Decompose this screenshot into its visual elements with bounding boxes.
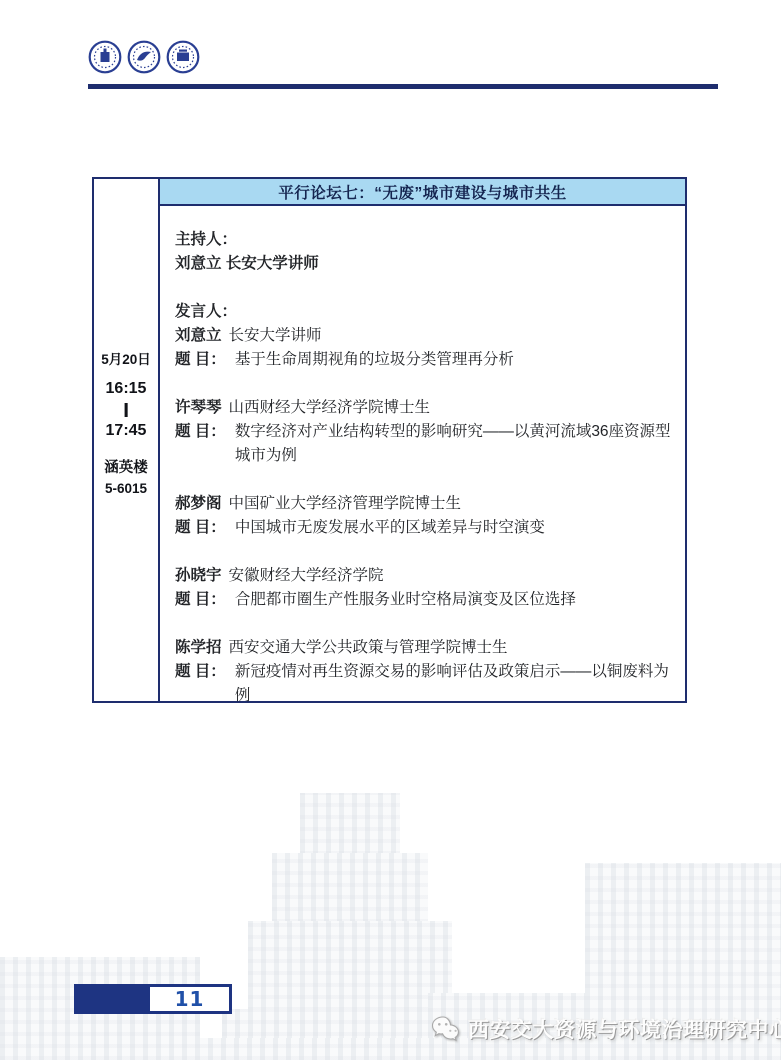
- speaker-affiliation: 中国矿业大学经济管理学院博士生: [229, 495, 462, 512]
- building-watermark-spire: [300, 793, 400, 855]
- speaker-name: 郝梦阁: [175, 495, 222, 512]
- topic-text: 新冠疫情对再生资源交易的影响评估及政策启示——以铜废料为例: [235, 660, 675, 708]
- schedule-cell: 5月20日 16:15 | 17:45 涵英楼 5-6015: [94, 179, 160, 701]
- topic-label: 题 目：: [175, 660, 226, 708]
- speaker-entry: 孙晓宇安徽财经大学经济学院 题 目： 合肥都市圈生产性服务业时空格局演变及区位选…: [175, 564, 675, 612]
- speaker-entry: 陈学招西安交通大学公共政策与管理学院博士生 题 目： 新冠疫情对再生资源交易的影…: [175, 636, 675, 708]
- university-seal-icon-3: [166, 40, 200, 74]
- speaker-name: 许琴琴: [175, 399, 222, 416]
- speaker-entry: 郝梦阁中国矿业大学经济管理学院博士生 题 目： 中国城市无废发展水平的区域差异与…: [175, 492, 675, 540]
- speaker-line: 刘意立长安大学讲师: [175, 324, 675, 348]
- speaker-entry: 许琴琴山西财经大学经济学院博士生 题 目： 数字经济对产业结构转型的影响研究——…: [175, 396, 675, 468]
- speaker-entry: 发言人： 刘意立长安大学讲师 题 目： 基于生命周期视角的垃圾分类管理再分析: [175, 300, 675, 372]
- schedule-end-time: 17:45: [106, 422, 147, 440]
- forum-title: 平行论坛七：“无废”城市建设与城市共生: [160, 179, 685, 206]
- program-page: 5月20日 16:15 | 17:45 涵英楼 5-6015 平行论坛七：“无废…: [0, 0, 781, 1060]
- topic-label: 题 目：: [175, 588, 226, 612]
- forum-schedule-table: 5月20日 16:15 | 17:45 涵英楼 5-6015 平行论坛七：“无废…: [92, 177, 687, 703]
- header-logos: [88, 40, 200, 74]
- topic-line: 题 目： 中国城市无废发展水平的区域差异与时空演变: [175, 516, 675, 540]
- topic-line: 题 目： 合肥都市圈生产性服务业时空格局演变及区位选择: [175, 588, 675, 612]
- header-divider-rule: [88, 84, 718, 89]
- speaker-affiliation: 西安交通大学公共政策与管理学院博士生: [229, 639, 508, 656]
- topic-label: 题 目：: [175, 420, 226, 468]
- speakers-label: 发言人：: [175, 300, 675, 324]
- topic-line: 题 目： 基于生命周期视角的垃圾分类管理再分析: [175, 348, 675, 372]
- topic-label: 题 目：: [175, 348, 226, 372]
- forum-content-column: 平行论坛七：“无废”城市建设与城市共生 主持人： 刘意立 长安大学讲师 发言人：…: [160, 179, 685, 701]
- speaker-name: 刘意立: [175, 327, 222, 344]
- speaker-line: 孙晓宇安徽财经大学经济学院: [175, 564, 675, 588]
- page-number-box: 11: [147, 984, 232, 1014]
- page-number: 11: [175, 987, 205, 1011]
- topic-label: 题 目：: [175, 516, 226, 540]
- topic-text: 中国城市无废发展水平的区域差异与时空演变: [235, 516, 675, 540]
- moderator-label: 主持人：: [175, 228, 675, 252]
- page-number-bar: 11: [74, 984, 232, 1014]
- moderator-block: 主持人： 刘意立 长安大学讲师: [175, 228, 675, 276]
- building-watermark-mid: [248, 921, 452, 1011]
- topic-text: 合肥都市圈生产性服务业时空格局演变及区位选择: [235, 588, 675, 612]
- forum-body: 主持人： 刘意立 长安大学讲师 发言人： 刘意立长安大学讲师 题 目： 基于生命…: [160, 206, 685, 732]
- schedule-building: 涵英楼: [104, 456, 148, 477]
- speaker-name: 陈学招: [175, 639, 222, 656]
- footer-watermark-text: 西安交大资源与环境治理研究中心: [468, 1014, 781, 1044]
- speaker-affiliation: 安徽财经大学经济学院: [229, 567, 384, 584]
- topic-text: 数字经济对产业结构转型的影响研究——以黄河流域36座资源型城市为例: [235, 420, 675, 468]
- moderator-name: 刘意立 长安大学讲师: [175, 252, 675, 276]
- speaker-affiliation: 山西财经大学经济学院博士生: [229, 399, 431, 416]
- topic-text: 基于生命周期视角的垃圾分类管理再分析: [235, 348, 675, 372]
- speaker-line: 陈学招西安交通大学公共政策与管理学院博士生: [175, 636, 675, 660]
- speaker-name: 孙晓宇: [175, 567, 222, 584]
- topic-line: 题 目： 新冠疫情对再生资源交易的影响评估及政策启示——以铜废料为例: [175, 660, 675, 708]
- wechat-icon: [430, 1015, 462, 1043]
- speaker-line: 许琴琴山西财经大学经济学院博士生: [175, 396, 675, 420]
- schedule-date: 5月20日: [101, 348, 151, 368]
- university-seal-icon-2: [127, 40, 161, 74]
- topic-line: 题 目： 数字经济对产业结构转型的影响研究——以黄河流域36座资源型城市为例: [175, 420, 675, 468]
- footer-watermark: 西安交大资源与环境治理研究中心: [430, 1014, 781, 1044]
- schedule-start-time: 16:15: [106, 380, 147, 398]
- schedule-room: 5-6015: [105, 481, 147, 496]
- building-watermark-upper: [272, 853, 428, 923]
- university-seal-icon-1: [88, 40, 122, 74]
- speaker-line: 郝梦阁中国矿业大学经济管理学院博士生: [175, 492, 675, 516]
- time-range-separator: |: [123, 400, 130, 420]
- speaker-affiliation: 长安大学讲师: [229, 327, 322, 344]
